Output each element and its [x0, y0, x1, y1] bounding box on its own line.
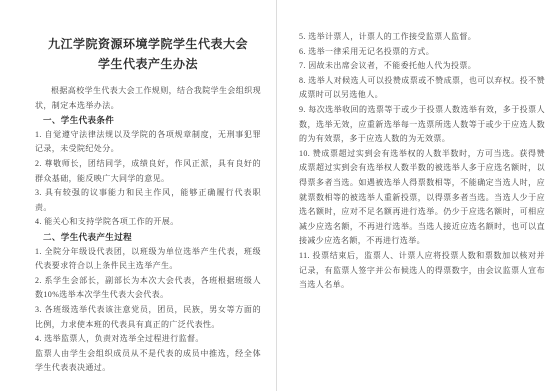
document-title-line2: 学生代表产生办法 — [35, 54, 261, 74]
list-item: 5. 选举计票人，计票人的工作接受监票人监督。 — [299, 30, 545, 45]
document-spread: 九江学院资源环境学院学生代表大会 学生代表产生办法 根据高校学生代表大会工作规则… — [0, 0, 554, 391]
page-right: 5. 选举计票人，计票人的工作接受监票人监督。6. 选举一律采用无记名投票的方式… — [277, 0, 554, 391]
page-left: 九江学院资源环境学院学生代表大会 学生代表产生办法 根据高校学生代表大会工作规则… — [0, 0, 277, 391]
list-item: 11. 投票结束后，监票人、计票人应将投票人数和票数加以核对并记录，有监票人签字… — [299, 249, 545, 293]
list-item: 4. 能关心和支持学院各项工作的开展。 — [35, 215, 261, 230]
section-heading: 二、学生代表产生过程 — [35, 230, 261, 245]
list-item: 4. 选举监票人，负责对选举全过程进行监督。 — [35, 332, 261, 347]
right-page-body: 5. 选举计票人，计票人的工作接受监票人监督。6. 选举一律采用无记名投票的方式… — [299, 30, 545, 293]
list-item: 6. 选举一律采用无记名投票的方式。 — [299, 45, 545, 60]
list-item: 10. 赞成票超过实到会有选举权的人数半数时，方可当选。获得赞成票超过实到会有选… — [299, 147, 545, 249]
list-item: 1. 全院分年级设代表团，以班级为单位选举产生代表，班级代表要求符合以上条件民主… — [35, 245, 261, 274]
list-item: 8. 选举人对候选人可以投赞成票或不赞成票，也可以弃权。投不赞成票时可以另选他人… — [299, 74, 545, 103]
list-item: 1. 自觉遵守法律法规以及学院的各项规章制度，无刑事犯罪记录，未受院纪处分。 — [35, 128, 261, 157]
paragraph: 监票人由学生会组织成员从不是代表的成员中推选，经全体学生代表表决通过。 — [35, 347, 261, 376]
paragraph: 根据高校学生代表大会工作规则，结合我院学生会组织现状，制定本选举办法。 — [35, 84, 261, 113]
section-heading: 一、学生代表条件 — [35, 113, 261, 128]
list-item: 7. 因故未出席会议者，不能委托他人代为投票。 — [299, 59, 545, 74]
list-item: 3. 各班级选举代表该注意党员，团员，民族，男女等方面的比例，力求使本班的代表具… — [35, 303, 261, 332]
list-item: 3. 具有较强的议事能力和民主作风，能够正确履行代表职责。 — [35, 186, 261, 215]
left-page-body: 根据高校学生代表大会工作规则，结合我院学生会组织现状，制定本选举办法。一、学生代… — [35, 84, 261, 376]
document-title-line1: 九江学院资源环境学院学生代表大会 — [35, 34, 261, 54]
list-item: 2. 尊敬师长，团结同学，成绩良好，作风正派，具有良好的群众基础，能反映广大同学… — [35, 157, 261, 186]
list-item: 2. 系学生会部长，副部长为本次大会代表，各班根据班级人数10%选举本次学生代表… — [35, 274, 261, 303]
list-item: 9. 每次选举收回的选票等于或少于投票人数选举有效，多于投票人数，选举无效，应重… — [299, 103, 545, 147]
